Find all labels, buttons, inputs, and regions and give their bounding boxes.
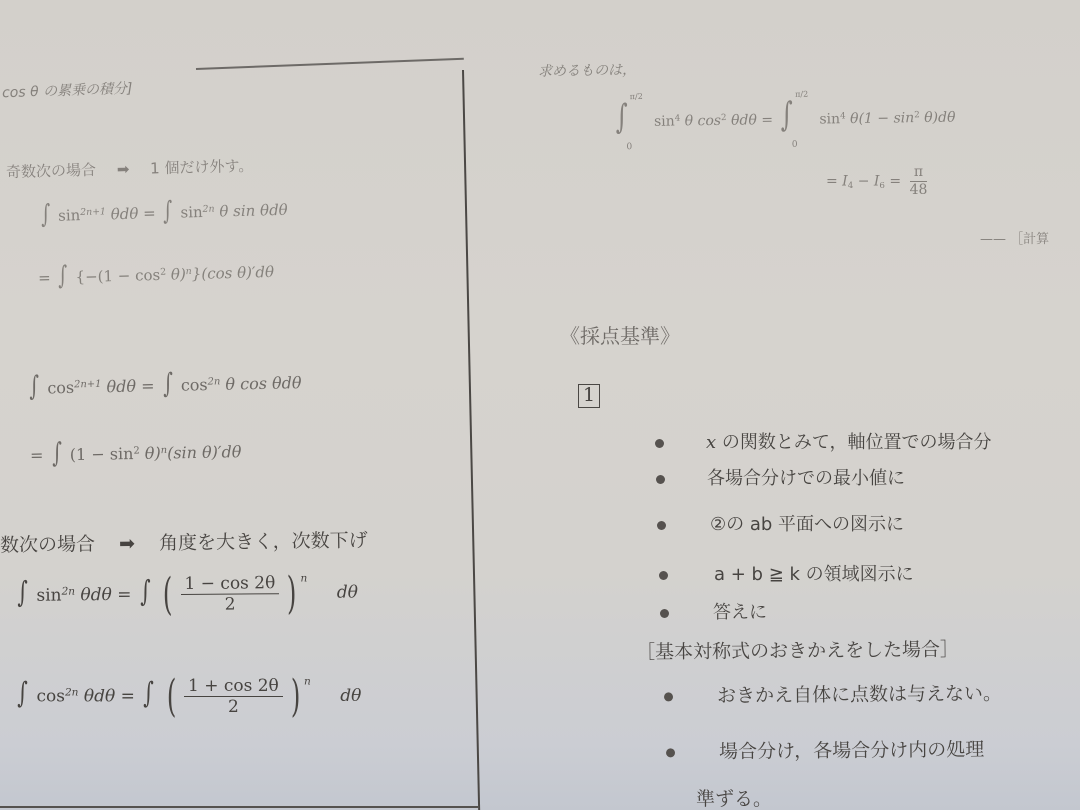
math-term: θ)dθ <box>920 110 956 126</box>
math-term: dθ <box>337 583 358 603</box>
math-term: θ sin θdθ <box>214 201 288 221</box>
item-text: 場合分け，各場合分け内の処理 <box>719 739 984 763</box>
even-cos-formula: ∫ cos2n θdθ = ∫ (1 + cos 2θ2)n dθ <box>14 676 361 718</box>
item-text: の関数とみて，軸位置での場合分 <box>716 432 991 453</box>
item-text: a + b ≧ k の領域図示に <box>714 564 914 585</box>
grading-item: a + b ≧ k の領域図示に <box>659 560 914 586</box>
odd-case-heading: 奇数次の場合 <box>6 161 96 181</box>
bullet-icon <box>660 609 669 618</box>
box-border-bottom <box>0 806 478 808</box>
math-term: {−(1 − cos <box>75 266 160 286</box>
bullet-icon <box>664 692 673 701</box>
integral-sign: ∫ <box>144 682 155 705</box>
upper-limit: π/2 <box>630 92 643 101</box>
math-term: θ cos <box>680 113 721 130</box>
integral-sign: ∫ <box>162 373 172 395</box>
integral-sign: ∫ <box>41 204 51 225</box>
math-term: θ(1 − sin <box>846 110 915 127</box>
integral-sign: ∫ <box>17 581 28 604</box>
math-exp: 2n <box>207 376 220 387</box>
integral-sign: ∫ <box>17 682 28 705</box>
math-term: (sin θ)′dθ <box>167 442 242 462</box>
fraction-denominator: 2 <box>228 697 239 717</box>
equals-sign: = <box>30 446 44 465</box>
box-title: cos θ の累乗の積分] <box>2 78 133 103</box>
math-exp: n <box>300 572 307 584</box>
math-term: θ) <box>140 444 161 463</box>
math-term: − I <box>853 173 879 189</box>
substitution-item: おきかえ自体に点数は与えない。 <box>664 679 1002 709</box>
math-exp: 2n+1 <box>80 206 106 218</box>
item-text: おきかえ自体に点数は与えない。 <box>717 683 1002 707</box>
fraction-numerator: π <box>910 164 927 182</box>
math-exp: n <box>304 676 311 688</box>
fraction-numerator: 1 + cos 2θ <box>184 676 283 697</box>
even-case-heading-row: 数次の場合 ➡ 角度を大きく，次数下げ <box>0 525 368 557</box>
math-var: x <box>706 432 716 453</box>
math-fn: cos <box>36 686 64 706</box>
definite-integral-line-1: ∫ π/2 0 sin4 θ cos2 θdθ = ∫ π/2 0 sin4 θ… <box>612 98 956 131</box>
reference-label: ［計算 <box>1010 232 1049 247</box>
fraction-denominator: 2 <box>225 595 236 615</box>
item-text: 各場合分けでの最小値に <box>707 468 905 489</box>
fraction-numerator: 1 − cos 2θ <box>180 573 279 595</box>
math-exp: 2n+1 <box>74 379 102 391</box>
item-text: ②の ab 平面への図示に <box>710 514 904 535</box>
math-exp: 2n <box>202 204 214 215</box>
lower-limit: 0 <box>792 140 798 150</box>
odd-case-rule: 1 個だけ外す。 <box>150 157 254 178</box>
even-case-heading: 数次の場合 <box>0 533 95 556</box>
grading-item: ②の ab 平面への図示に <box>657 510 904 536</box>
arrow-right-icon: ➡ <box>117 160 130 178</box>
math-term: θdθ = <box>726 112 777 129</box>
substitution-heading: ［基本対称式のおきかえをした場合］ <box>636 635 959 665</box>
math-term: θdθ = <box>101 376 160 396</box>
item-text: 答えに <box>713 602 767 623</box>
math-term: θdθ = <box>78 686 140 706</box>
result-fraction: π48 <box>910 164 928 199</box>
integral-sign: ∫ <box>781 102 794 129</box>
em-dash: —— <box>980 232 1006 247</box>
bullet-icon <box>659 571 668 580</box>
definite-integral-line-2: = I4 − I6 = π48 <box>826 164 931 199</box>
grading-item: 答えに <box>660 598 767 624</box>
footer-reference: —— ［計算 <box>980 228 1049 247</box>
math-term: dθ <box>340 686 361 706</box>
even-sin-formula: ∫ sin2n θdθ = ∫ (1 − cos 2θ2)n dθ <box>14 572 358 617</box>
math-term: θ) <box>166 265 186 284</box>
equals-sign: = <box>38 269 51 287</box>
math-term: θdθ = <box>106 204 161 223</box>
integral-sign: ∫ <box>51 443 61 465</box>
fraction: 1 + cos 2θ2 <box>184 676 283 718</box>
odd-sin-line-2: = ∫ {−(1 − cos2 θ)n}(cos θ)′dθ <box>38 259 274 287</box>
integral-sign: ∫ <box>615 104 628 131</box>
math-fn: cos <box>47 378 74 398</box>
math-fn: sin <box>654 114 675 130</box>
grading-item: 各場合分けでの最小値に <box>656 464 905 490</box>
arrow-right-icon: ➡ <box>119 533 135 555</box>
math-term: }(cos θ)′dθ <box>192 263 275 283</box>
fraction-denominator: 48 <box>910 182 928 199</box>
bullet-icon <box>666 748 675 757</box>
intro-text: 求めるものは， <box>538 59 636 81</box>
odd-cos-line-1: ∫ cos2n+1 θdθ = ∫ cos2n θ cos θdθ <box>26 369 302 398</box>
math-fn: sin <box>36 585 61 605</box>
math-term: θ cos θdθ <box>220 373 302 394</box>
odd-case-heading-row: 奇数次の場合 ➡ 1 個だけ外す。 <box>6 155 254 182</box>
problem-number: 1 <box>578 384 600 408</box>
bullet-icon <box>655 439 664 448</box>
fraction: 1 − cos 2θ2 <box>180 573 279 616</box>
substitution-item: 場合分け，各場合分け内の処理 <box>666 735 984 765</box>
integral-sign: ∫ <box>163 201 173 222</box>
math-term: (1 − sin <box>70 444 134 464</box>
equals-sign: = <box>885 173 906 189</box>
box-border-top <box>196 58 464 70</box>
math-term: = I <box>826 173 848 189</box>
problem-number-box: 1 <box>578 384 600 408</box>
odd-sin-line-1: ∫ sin2n+1 θdθ = ∫ sin2n θ sin θdθ <box>38 197 288 226</box>
bullet-icon <box>657 521 666 530</box>
integral-sign: ∫ <box>58 266 68 287</box>
bullet-icon <box>656 475 665 484</box>
grading-item: x の関数とみて，軸位置での場合分 <box>655 428 992 454</box>
even-case-rule: 角度を大きく，次数下げ <box>159 529 368 554</box>
upper-limit: π/2 <box>795 90 808 99</box>
grading-heading: 《採点基準》 <box>560 320 680 349</box>
integral-sign: ∫ <box>140 580 151 603</box>
math-fn: sin <box>58 206 81 225</box>
integral-sign: ∫ <box>29 376 39 398</box>
math-fn: sin <box>819 111 840 127</box>
math-fn: cos <box>181 375 208 395</box>
lower-limit: 0 <box>626 142 632 152</box>
math-exp: 2n <box>65 687 78 699</box>
math-fn: sin <box>180 203 203 222</box>
box-border-right <box>462 70 480 810</box>
odd-cos-line-2: = ∫ (1 − sin2 θ)n(sin θ)′dθ <box>30 438 242 465</box>
math-exp: 2n <box>62 586 76 598</box>
math-term: θdθ = <box>75 585 137 606</box>
continuation-text: 準ずる。 <box>696 784 772 810</box>
